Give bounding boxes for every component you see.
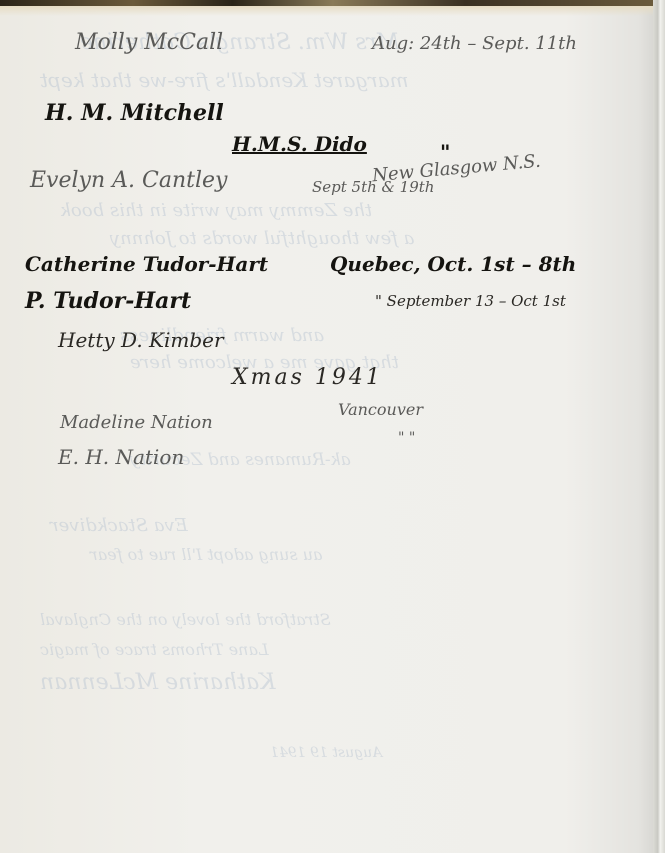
signature-mitchell: H. M. Mitchell [45,100,224,126]
page-top-shadow [0,6,665,16]
bleed-through-text: Stratford the lovely on the Cnglaval [40,610,331,629]
signature-hetty-kimber: Hetty D. Kimber [58,328,224,352]
bleed-through-text: au sung adopt I'll rue to fear [90,545,323,564]
date-range: Aug: 24th – Sept. 11th [372,33,577,54]
guestbook-page: Mrs Wm. Strang's Catherine margaret Kend… [0,0,665,853]
ship-name-hms-dido: H.M.S. Dido [232,132,367,156]
bleed-through-text: margaret Kendall's fire-we that kept [40,68,409,92]
signature-madeline-nation: Madeline Nation [60,412,213,433]
place-date-quebec: Quebec, Oct. 1st – 8th [330,252,576,276]
bleed-through-text: August 19 1941 [270,745,382,761]
date-range: " September 13 – Oct 1st [375,292,566,310]
place-vancouver: Vancouver [338,400,423,419]
book-spine-edge [653,0,665,853]
bleed-through-text: the Zemmy may write in this book [60,200,372,221]
signature-evelyn-cantley: Evelyn A. Cantley [30,168,227,193]
bleed-through-text: Lane Trhoms trace of magic [40,640,269,659]
date-xmas-1941: Xmas 1941 [232,365,383,390]
signature-molly-mccall: Molly McCall [75,30,223,55]
signature-e-h-nation: E. H. Nation [58,445,184,469]
bleed-through-text: a few thoughtful words to Johnny [110,228,414,249]
signature-catherine-tudor-hart: Catherine Tudor-Hart [25,252,268,276]
bleed-through-text: Eva Stackdiver [50,515,188,536]
ditto-mark: " " [398,430,415,446]
bleed-through-signature: Katharine McLennan [40,670,276,695]
signature-p-tudor-hart: P. Tudor-Hart [25,288,191,314]
place-new-glasgow: New Glasgow N.S. [371,151,541,187]
